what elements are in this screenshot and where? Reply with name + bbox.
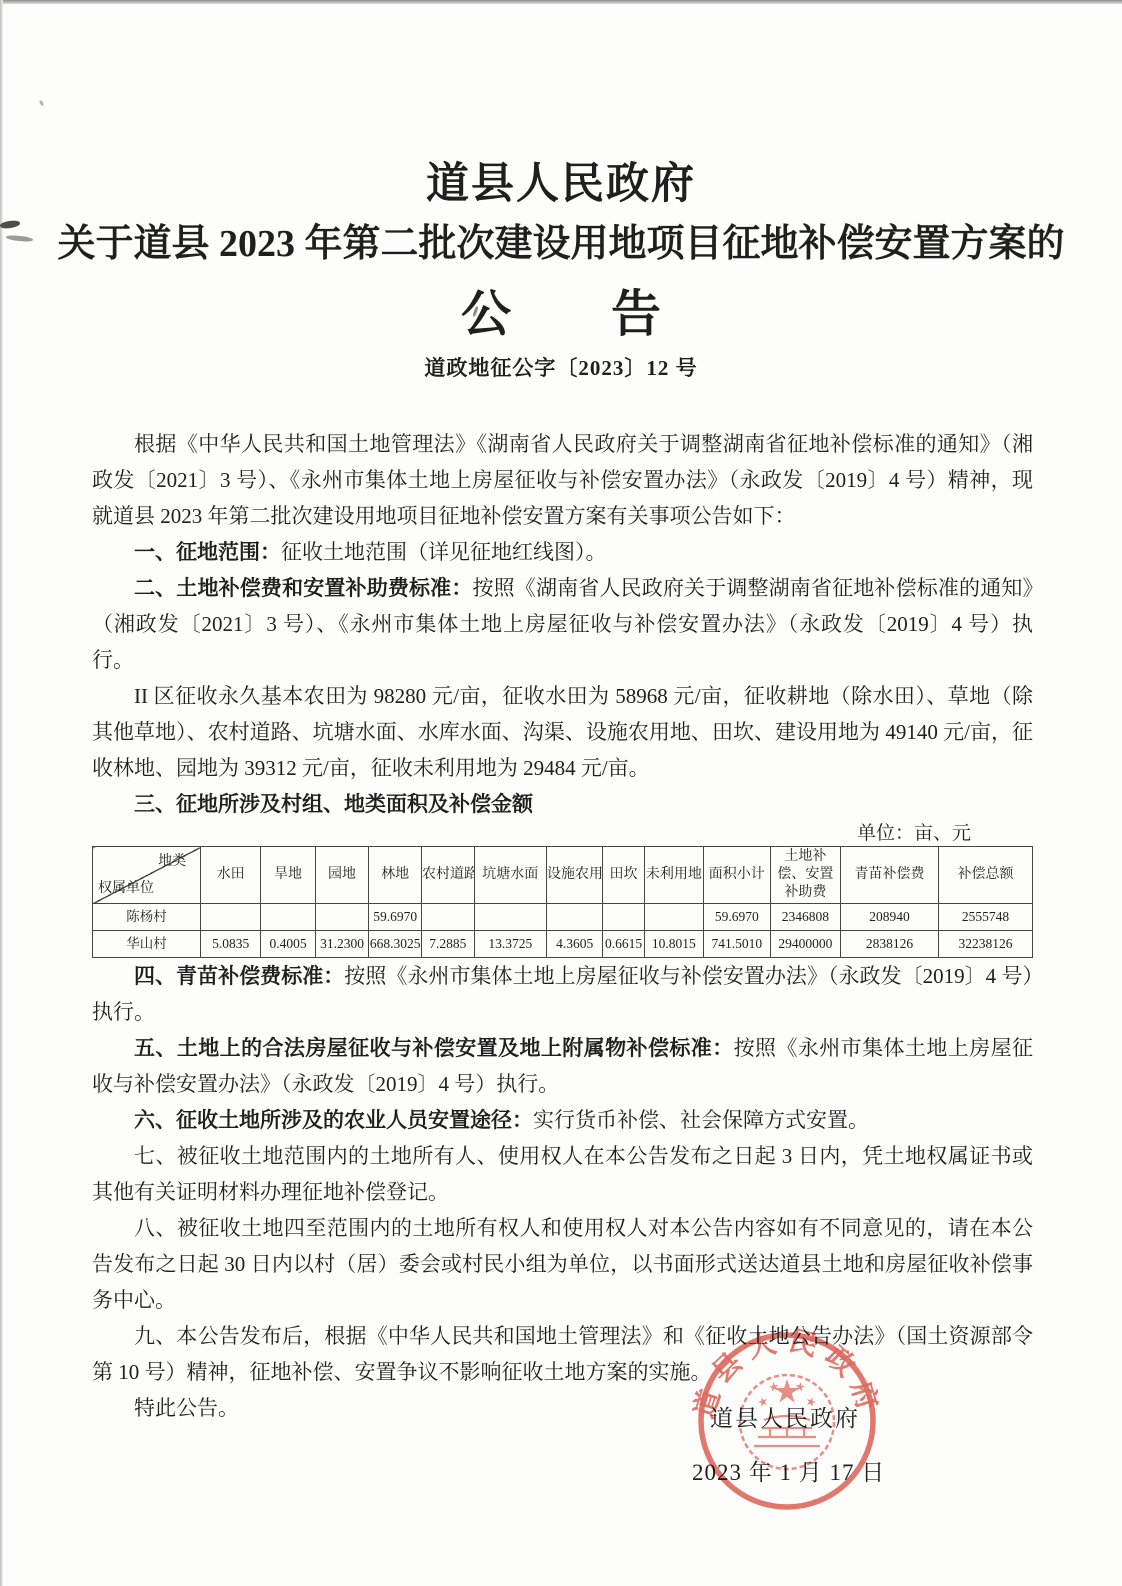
col-header-area-subtotal: 面积小计 [703, 847, 770, 904]
paragraph-section-8: 八、被征收土地四至范围内的土地所有权人和使用权人对本公告内容如有不同意见的，请在… [92, 1210, 1033, 1318]
scanned-announcement-page: 道县人民政府 关于道县 2023 年第二批次建设用地项目征地补偿安置方案的 公 … [0, 0, 1122, 1586]
corner-label-landtype: 地类 [158, 853, 186, 871]
table-corner-cell: 地类 权属单位 [93, 847, 201, 904]
table-header-row: 地类 权属单位 水田 旱地 园地 林地 农村道路 坑塘水面 设施农用地 田坎 未… [93, 847, 1033, 904]
corner-label-owner: 权属单位 [98, 880, 154, 898]
col-header-facility-agri: 设施农用地 [546, 847, 602, 904]
paragraph-closing: 特此公告。 [92, 1390, 1033, 1426]
paragraph-section-1: 一、征地范围：征收土地范围（详见征地红线图）。 [92, 534, 1033, 570]
col-header-total: 补偿总额 [938, 847, 1032, 904]
announcement-title: 公 告 [0, 274, 1122, 346]
village-name: 陈杨村 [93, 904, 201, 931]
compensation-table: 地类 权属单位 水田 旱地 园地 林地 农村道路 坑塘水面 设施农用地 田坎 未… [92, 846, 1033, 958]
government-title: 道县人民政府 [0, 150, 1122, 211]
document-body: 根据《中华人民共和国土地管理法》《湖南省人民政府关于调整湖南省征地补偿标准的通知… [92, 426, 1033, 1426]
table-unit-note: 单位：亩、元 [92, 824, 1033, 844]
document-subject-title: 关于道县 2023 年第二批次建设用地项目征地补偿安置方案的 [0, 212, 1122, 267]
paragraph-section-3: 三、征地所涉及村组、地类面积及补偿金额 [92, 786, 1033, 822]
seal-ring-text: 道县人民政府 [692, 1326, 882, 1422]
col-header-pond: 坑塘水面 [474, 847, 546, 904]
scan-smudge [39, 100, 45, 107]
col-header-rural-road: 农村道路 [421, 847, 474, 904]
paragraph-section-9: 九、本公告发布后，根据《中华人民共和国地土管理法》和《征收土地公告办法》（国土资… [92, 1318, 1033, 1390]
col-header-paddy: 水田 [201, 847, 261, 904]
seal-national-emblem [740, 1375, 834, 1469]
village-name: 华山村 [93, 931, 201, 958]
paragraph-section-5: 五、土地上的合法房屋征收与补偿安置及地上附属物补偿标准：按照《永州市集体土地上房… [92, 1030, 1033, 1102]
col-header-crop-compensation: 青苗补偿费 [841, 847, 939, 904]
paragraph-section-2: 二、土地补偿费和安置补助费标准：按照《湖南省人民政府关于调整湖南省征地补偿标准的… [92, 570, 1033, 678]
svg-text:道县人民政府: 道县人民政府 [692, 1326, 882, 1422]
paragraph-section-4: 四、青苗补偿费标准：按照《永州市集体土地上房屋征收与补偿安置办法》（永政发〔20… [92, 958, 1033, 1030]
col-header-land-compensation: 土地补偿、安置补助费 [770, 847, 841, 904]
col-header-ridge: 田坎 [603, 847, 644, 904]
table-row-huashan: 华山村 5.0835 0.4005 31.2300 668.3025 7.288… [93, 931, 1033, 958]
paragraph-section-7: 七、被征收土地范围内的土地所有人、使用权人在本公告发布之日起 3 日内，凭土地权… [92, 1138, 1033, 1210]
col-header-unused: 未利用地 [644, 847, 703, 904]
table-row-chenyang: 陈杨村 59.6970 59.6970 2346808 208940 25557… [93, 904, 1033, 931]
paragraph-zone-rates: II 区征收永久基本农田为 98280 元/亩，征收水田为 58968 元/亩，… [92, 678, 1033, 786]
scan-edge-top [0, 0, 1122, 4]
col-header-orchard: 园地 [315, 847, 369, 904]
official-seal: 道县人民政府 [692, 1326, 882, 1516]
document-number: 道政地征公字〔2023〕12 号 [0, 352, 1122, 382]
col-header-forest: 林地 [369, 847, 422, 904]
paragraph-section-6: 六、征收土地所涉及的农业人员安置途径：实行货币补偿、社会保障方式安置。 [92, 1102, 1033, 1138]
col-header-dryland: 旱地 [261, 847, 316, 904]
paragraph-intro: 根据《中华人民共和国土地管理法》《湖南省人民政府关于调整湖南省征地补偿标准的通知… [92, 426, 1033, 534]
